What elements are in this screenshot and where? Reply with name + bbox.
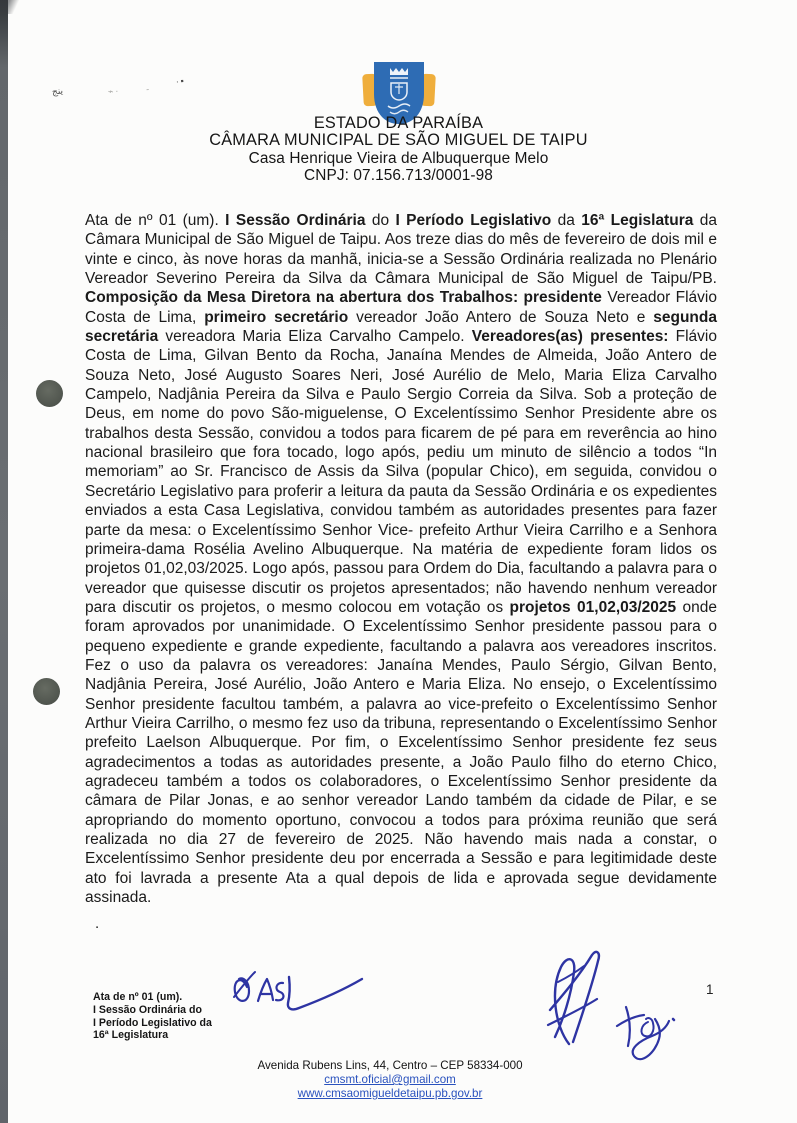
footer-email-link: cmsmt.oficial@gmail.com	[160, 1073, 620, 1087]
page-number: 1	[706, 982, 714, 997]
stray-period-mark: .	[95, 915, 99, 932]
handwritten-signature-middle	[538, 948, 618, 1053]
hole-punch-bottom	[33, 678, 60, 705]
letterhead-house-name: Casa Henrique Vieira de Albuquerque Melo	[0, 150, 797, 167]
footer-ref-line: 16ª Legislatura	[93, 1029, 212, 1042]
footer-street-address: Avenida Rubens Lins, 44, Centro – CEP 58…	[160, 1059, 620, 1072]
hole-punch-top	[36, 380, 63, 407]
pencil-mark: ⌁·	[107, 85, 121, 97]
handwritten-signature-left	[230, 966, 365, 1026]
footer-ref-line: Ata de nº 01 (um).	[93, 991, 212, 1004]
letterhead-state: ESTADO DA PARAÍBA	[0, 115, 797, 132]
pencil-mark: ينج	[51, 85, 63, 97]
footer-ref-line: I Sessão Ordinária do	[93, 1004, 212, 1017]
ink-smudge: ∙▪	[176, 76, 187, 87]
footer-website-link: www.cmsaomigueldetaipu.pb.gov.br	[160, 1087, 620, 1101]
handwritten-signature-right	[610, 992, 690, 1072]
footer-reference-block: Ata de nº 01 (um). I Sessão Ordinária do…	[93, 991, 212, 1042]
minutes-body-paragraph: Ata de nº 01 (um). I Sessão Ordinária do…	[85, 211, 717, 907]
letterhead-chamber: CÂMARA MUNICIPAL DE SÃO MIGUEL DE TAIPU	[0, 132, 797, 149]
scanned-document-page: ينج ⌁· - ∙▪ ESTADO DA PARAÍBA CÂMARA MUN…	[0, 0, 797, 1123]
letterhead: ESTADO DA PARAÍBA CÂMARA MUNICIPAL DE SÃ…	[0, 115, 797, 184]
pencil-mark: -	[145, 84, 151, 94]
scanner-corner-shadow	[0, 0, 26, 14]
footer-ref-line: I Período Legislativo da	[93, 1017, 212, 1030]
footer-address-block: Avenida Rubens Lins, 44, Centro – CEP 58…	[160, 1059, 620, 1101]
letterhead-cnpj: CNPJ: 07.156.713/0001-98	[0, 167, 797, 184]
